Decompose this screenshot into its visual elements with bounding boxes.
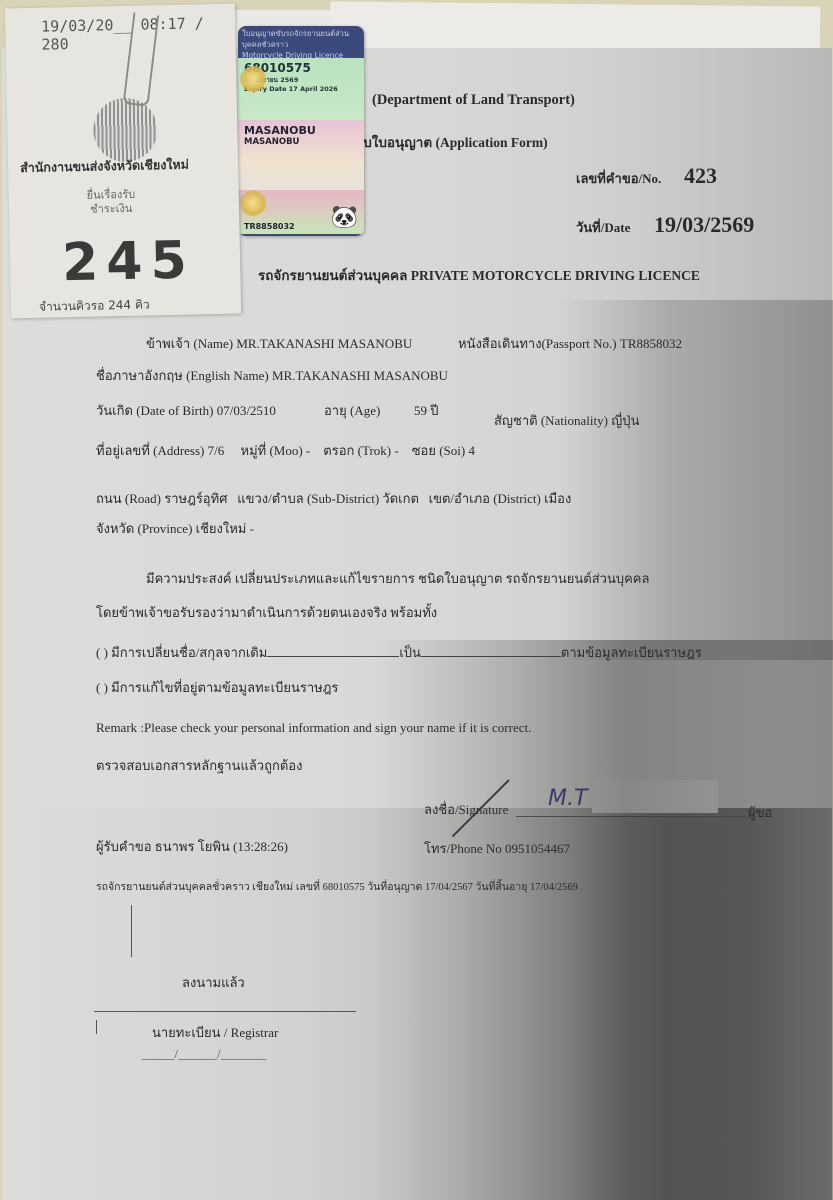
margin-mark	[131, 905, 132, 957]
queue-number: 245	[62, 231, 196, 294]
nationality-row: สัญชาติ (Nationality) ญี่ปุ่น	[494, 410, 639, 431]
signature-label: ลงชื่อ/Signature	[424, 799, 508, 820]
margin-mark	[96, 1020, 97, 1034]
soi-label: ซอย (Soi)	[412, 443, 466, 458]
department-title: (Department of Land Transport)	[372, 92, 575, 109]
card-name-line1: MASANOBU	[244, 124, 358, 137]
phone-row: โทร/Phone No 0951054467	[424, 838, 570, 859]
english-name: MR.TAKANASHI MASANOBU	[272, 368, 448, 383]
form-date: 19/03/2569	[654, 212, 754, 238]
panda-icon: 🐼	[331, 205, 358, 230]
address-row: ที่อยู่เลขที่ (Address) 7/6 หมู่ที่ (Moo…	[96, 440, 475, 461]
passport-number: TR8858032	[620, 336, 682, 351]
district-value: เมือง	[544, 491, 571, 506]
signature-line[interactable]	[516, 816, 746, 817]
temporary-licence-card: ใบอนุญาตขับรถจักรยานยนต์ส่วนบุคคลชั่วครา…	[238, 26, 364, 236]
card-name-line2: MASANOBU	[244, 137, 358, 147]
option1-text: ( ) มีการเปลี่ยนชื่อ/สกุลจากเดิม	[96, 645, 267, 660]
passport-row: หนังสือเดินทาง(Passport No.) TR8858032	[458, 333, 682, 354]
card-header-th: ใบอนุญาตขับรถจักรยานยนต์ส่วนบุคคลชั่วครา…	[242, 28, 360, 50]
soi-value: 4	[468, 443, 475, 458]
province-label: จังหวัด (Province)	[96, 521, 192, 536]
card-name-band: MASANOBU MASANOBU	[238, 120, 364, 190]
trok-label: ตรอก (Trok)	[323, 443, 391, 458]
ticket-service-line2: ชำระเงิน	[87, 202, 136, 217]
road-label: ถนน (Road)	[96, 491, 161, 506]
ticket-service-line1: ยื่นเรื่องรับ	[87, 188, 136, 203]
garuda-seal-icon	[93, 97, 158, 162]
option1-suffix: ตามข้อมูลทะเบียนราษฎร	[561, 645, 702, 660]
moo-value: -	[306, 443, 310, 458]
option1-to: เป็น	[399, 645, 421, 660]
ticket-waiting: จำนวนคิวรอ 244 คิว	[39, 295, 150, 316]
hologram-icon	[240, 66, 266, 92]
card-passport-band: 🐼 TR8858032	[238, 190, 364, 234]
phone-label: โทร/Phone No	[424, 841, 502, 856]
age-label: อายุ (Age)	[324, 400, 380, 421]
nationality-label: สัญชาติ (Nationality)	[494, 413, 608, 428]
trok-value: -	[394, 443, 398, 458]
ticket-office: สำนักงานขนส่งจังหวัดเชียงใหม่	[20, 155, 189, 179]
name-row: ข้าพเจ้า (Name) MR.TAKANASHI MASANOBU	[146, 333, 412, 354]
age-value: 59 ปี	[414, 400, 439, 421]
moo-label: หมู่ที่ (Moo)	[241, 443, 303, 458]
name-label: ข้าพเจ้า (Name)	[146, 336, 233, 351]
dob-value: 07/03/2510	[217, 403, 276, 418]
phone-value: 0951054467	[505, 841, 570, 856]
receiver-text: ผู้รับคำขอ ธนาพร โยพิน (13:28:26)	[96, 836, 288, 857]
request-no-label: เลขที่คำขอ/No.	[576, 168, 661, 189]
signed-text: ลงนามแล้ว	[182, 972, 245, 993]
purpose-text: มีความประสงค์ เปลี่ยนประเภทและแก้ไขรายกา…	[146, 568, 649, 589]
verified-text: ตรวจสอบเอกสารหลักฐานแล้วถูกต้อง	[96, 755, 302, 776]
hologram-icon	[240, 190, 266, 216]
date-label: วันที่/Date	[576, 217, 630, 238]
remark-text: Remark :Please check your personal infor…	[96, 720, 531, 736]
signature-handwriting: M.T	[548, 786, 587, 811]
dob-row: วันเกิด (Date of Birth) 07/03/2510	[96, 400, 276, 421]
card-passport: TR8858032	[244, 222, 295, 231]
certify-text: โดยข้าพเจ้าขอรับรองว่ามาดำเนินการด้วยตนเ…	[96, 602, 437, 623]
district-label: เขต/อำเภอ (District)	[429, 491, 541, 506]
new-name-blank[interactable]	[421, 644, 561, 657]
queue-ticket: 19/03/20__ 08:17 / 280 สำนักงานขนส่งจังห…	[5, 4, 241, 319]
subdistrict-value: วัดเกต	[382, 491, 419, 506]
dob-label: วันเกิด (Date of Birth)	[96, 403, 213, 418]
old-name-blank[interactable]	[267, 644, 399, 657]
signature-redaction	[592, 780, 718, 813]
subdistrict-label: แขวง/ตำบล (Sub-District)	[237, 491, 379, 506]
card-header: ใบอนุญาตขับรถจักรยานยนต์ส่วนบุคคลชั่วครา…	[238, 26, 364, 58]
province-value: เชียงใหม่ -	[196, 521, 254, 536]
applicant-name: MR.TAKANASHI MASANOBU	[236, 336, 412, 351]
option-name-change: ( ) มีการเปลี่ยนชื่อ/สกุลจากเดิมเป็นตามข…	[96, 642, 702, 663]
registrar-date-blank: _____/______/_______	[142, 1046, 266, 1062]
option-address-change: ( ) มีการแก้ไขที่อยู่ตามข้อมูลทะเบียนราษ…	[96, 677, 338, 698]
nationality-value: ญี่ปุ่น	[611, 413, 639, 428]
registrar-signature-line	[94, 1011, 356, 1012]
applicant-label: ผู้ขอ	[748, 802, 772, 823]
request-no: 423	[684, 163, 717, 189]
english-name-row: ชื่อภาษาอังกฤษ (English Name) MR.TAKANAS…	[96, 365, 448, 386]
registrar-label: นายทะเบียน / Registrar	[152, 1022, 278, 1043]
card-licence-band: 68010575 17 เมษายน 2569 Expiry Date 17 A…	[238, 58, 364, 120]
address-value: 7/6	[208, 443, 225, 458]
card-footer: Chiangmai	[238, 234, 364, 236]
temp-licence-info: รถจักรยานยนต์ส่วนบุคคลชั่วคราว เชียงใหม่…	[96, 878, 578, 895]
road-row: ถนน (Road) ราษฎร์อุทิศ แขวง/ตำบล (Sub-Di…	[96, 488, 571, 509]
road-value: ราษฎร์อุทิศ	[164, 491, 227, 506]
ticket-service: ยื่นเรื่องรับ ชำระเงิน	[87, 188, 136, 217]
licence-type: รถจักรยานยนต์ส่วนบุคคล PRIVATE MOTORCYCL…	[258, 264, 700, 286]
english-name-label: ชื่อภาษาอังกฤษ (English Name)	[96, 368, 269, 383]
passport-label: หนังสือเดินทาง(Passport No.)	[458, 336, 617, 351]
province-row: จังหวัด (Province) เชียงใหม่ -	[96, 518, 254, 539]
address-label: ที่อยู่เลขที่ (Address)	[96, 443, 204, 458]
